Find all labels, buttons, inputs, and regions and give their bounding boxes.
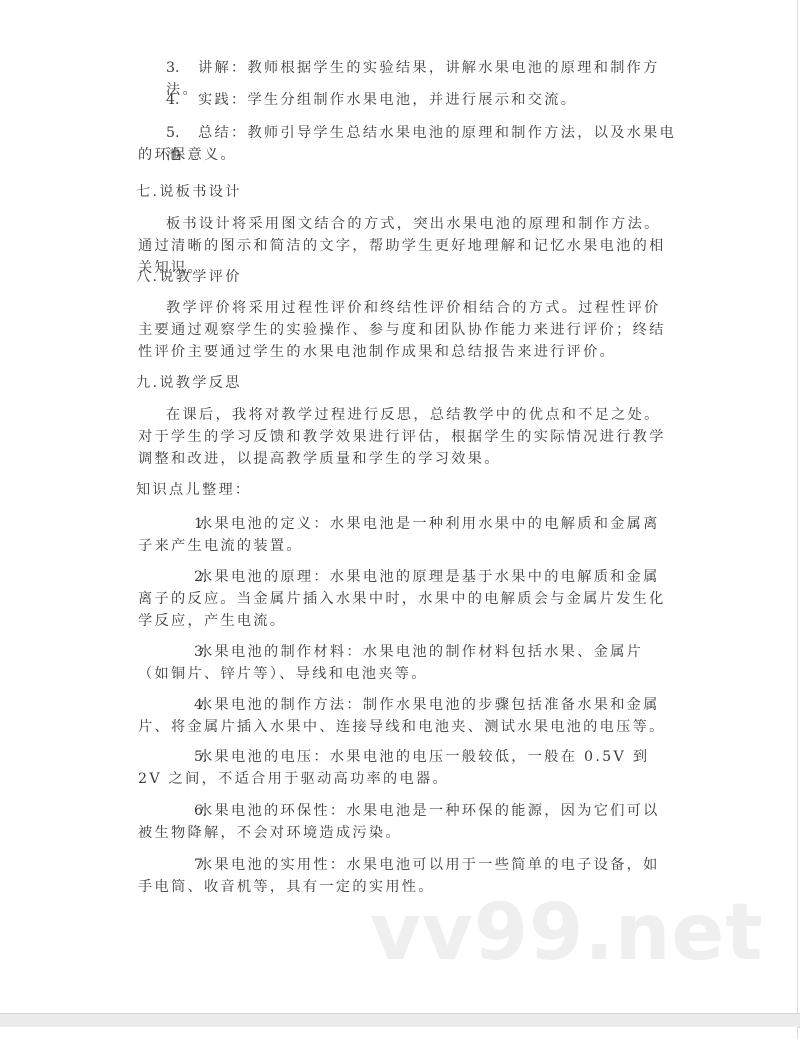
knowledge-item: 3.水果电池的制作材料：水果电池的制作材料包括水果、金属片（如铜片、锌片等）、导… [138, 641, 668, 685]
step-number: 5. [166, 122, 198, 144]
knowledge-item: 5.水果电池的电压：水果电池的电压一般较低，一般在 0.5V 到 2V 之间，不… [138, 746, 668, 790]
section-heading: 七.说板书设计 [136, 181, 666, 203]
knowledge-item: 4.水果电池的制作方法：制作水果电池的步骤包括准备水果和金属片、将金属片插入水果… [138, 694, 668, 738]
knowledge-number: 6. [166, 800, 198, 822]
section-body: 在课后，我将对教学过程进行反思，总结教学中的优点和不足之处。对于学生的学习反馈和… [138, 404, 668, 470]
knowledge-text: 水果电池的定义：水果电池是一种利用水果中的电解质和金属离子来产生电流的装置。 [138, 516, 660, 554]
knowledge-text: 水果电池的环保性：水果电池是一种环保的能源，因为它们可以被生物降解，不会对环境造… [138, 803, 660, 841]
knowledge-number: 3. [166, 641, 198, 663]
section-body: 教学评价将采用过程性评价和终结性评价相结合的方式。过程性评价主要通过观察学生的实… [138, 297, 668, 363]
knowledge-number: 5. [166, 746, 198, 768]
section-heading: 八.说教学评价 [136, 266, 666, 288]
knowledge-text: 水果电池的制作方法：制作水果电池的步骤包括准备水果和金属片、将金属片插入水果中、… [138, 697, 666, 735]
knowledge-number: 2. [166, 566, 198, 588]
knowledge-text: 水果电池的电压：水果电池的电压一般较低，一般在 0.5V 到 2V 之间，不适合… [138, 749, 649, 787]
section-heading: 九.说教学反思 [136, 372, 666, 394]
knowledge-text: 水果电池的原理：水果电池的原理是基于水果中的电解质和金属离子的反应。当金属片插入… [138, 569, 666, 629]
knowledge-number: 4. [166, 694, 198, 716]
knowledge-number: 7. [166, 854, 198, 876]
knowledge-text: 水果电池的制作材料：水果电池的制作材料包括水果、金属片（如铜片、锌片等）、导线和… [138, 644, 643, 682]
knowledge-item: 1.水果电池的定义：水果电池是一种利用水果中的电解质和金属离子来产生电流的装置。 [138, 513, 668, 557]
next-page-top [0, 1027, 798, 1039]
page-separator [0, 1013, 800, 1028]
knowledge-item: 6.水果电池的环保性：水果电池是一种环保的能源，因为它们可以被生物降解，不会对环… [138, 800, 668, 844]
knowledge-heading: 知识点儿整理： [136, 479, 666, 501]
step-item: 4.实践：学生分组制作水果电池，并进行展示和交流。 [166, 89, 686, 111]
step-text: 实践：学生分组制作水果电池，并进行展示和交流。 [198, 92, 577, 108]
step-continuation: 的环保意义。 [138, 144, 668, 166]
knowledge-number: 1. [166, 513, 198, 535]
step-number: 3. [166, 57, 198, 79]
step-number: 4. [166, 89, 198, 111]
watermark: vv99.net [370, 893, 764, 973]
document-page: 3.讲解：教师根据学生的实验结果，讲解水果电池的原理和制作方法。 4.实践：学生… [0, 0, 798, 1013]
knowledge-item: 2.水果电池的原理：水果电池的原理是基于水果中的电解质和金属离子的反应。当金属片… [138, 566, 668, 632]
